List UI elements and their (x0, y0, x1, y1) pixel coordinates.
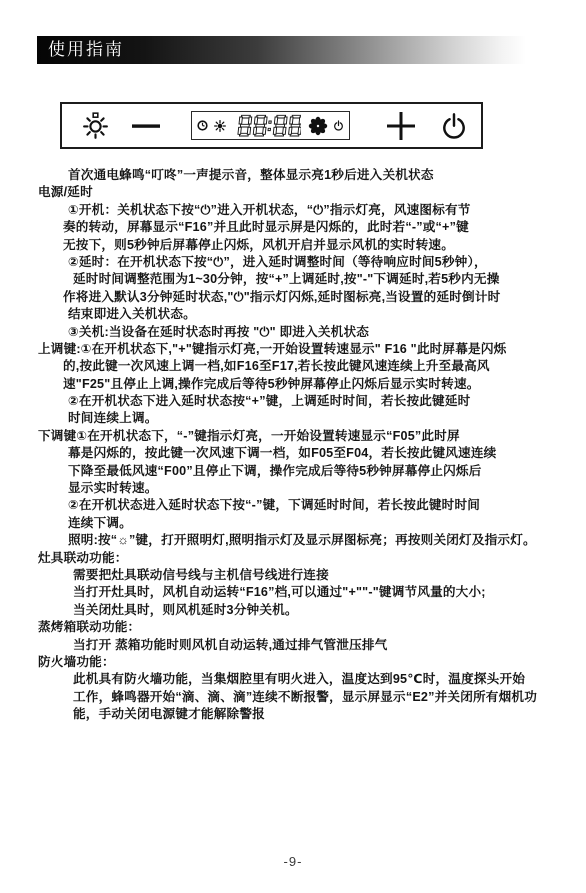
text-line: 幕是闪烁的，按此键一次风速下调一档，如F05至F04，若长按此键风速连续 (38, 445, 568, 462)
section-label-power-delay: 电源/延时 (38, 184, 568, 201)
text-line: 下降至最低风速“F00”且停止下调，操作完成后等待5秒钟屏幕停止闪烁后 (38, 463, 568, 480)
page-title: 使用指南 (37, 36, 526, 64)
text-line: 速"F25"且停止上调,操作完成后等待5秒钟屏幕停止闪烁后显示实时转速。 (38, 376, 568, 393)
text-line: ①开机：关机状态下按“⏻”进入开机状态，“⏻”指示灯亮，风速图标有节 (38, 202, 568, 219)
text-line-lighting: 照明:按“☼”键，打开照明灯,照明指示灯及显示屏图标亮；再按则关闭灯及指示灯。 (38, 532, 568, 549)
manual-text: 首次通电蜂鸣“叮咚”一声提示音，整体显示亮1秒后进入关机状态 电源/延时 ①开机… (38, 167, 568, 724)
text-line: 时间连续上调。 (38, 410, 568, 427)
text-line: 此机具有防火墙功能，当集烟腔里有明火进入，温度达到95℃时，温度探头开始 (38, 671, 568, 688)
text-line: 显示实时转速。 (38, 480, 568, 497)
manual-page: { "header": { "title": "使用指南" }, "panel"… (0, 0, 586, 893)
fan-icon (308, 116, 328, 136)
text-line: ②在开机状态下进入延时状态按“+”键，上调延时时间，若长按此键延时 (38, 393, 568, 410)
page-number: -9- (0, 854, 586, 869)
text-line: ②延时：在开机状态下按“⏻”，进入延时调整时间（等待响应时间5秒钟）， (38, 254, 568, 271)
text-line: 需要把灶具联动信号线与主机信号线进行连接 (38, 567, 568, 584)
power-button (440, 112, 468, 140)
minus-button (131, 122, 161, 130)
control-panel-illustration (60, 102, 483, 149)
light-indicator-icon (214, 120, 226, 132)
section-label-firewall: 防火墙功能： (38, 654, 568, 671)
text-line: 当关闭灶具时，则风机延时3分钟关机。 (38, 602, 568, 619)
section-label-up-key: 上调键:①在开机状态下,"+"键指示灯亮,一开始设置转速显示" F16 "此时屏… (38, 341, 568, 358)
text-line: 工作，蜂鸣器开始“滴、滴、滴”连续不断报警，显示屏显示“E2”并关闭所有烟机功 (38, 689, 568, 706)
text-line: 无按下，则5秒钟后屏幕停止闪烁，风机开启并显示风机的实时转速。 (38, 237, 568, 254)
header-bar: 使用指南 (37, 36, 526, 64)
text-line: ②在开机状态进入延时状态下按“-”键，下调延时时间，若长按此键时时间 (38, 497, 568, 514)
text-line: 当打开灶具时，风机自动运转“F16”档,可以通过"+""-"键调节风量的大小; (38, 584, 568, 601)
text-line: 首次通电蜂鸣“叮咚”一声提示音，整体显示亮1秒后进入关机状态 (38, 167, 568, 184)
text-line: 结束即进入关机状态。 (38, 306, 568, 323)
text-line: 作将进入默认3分钟延时状态,"⏻"指示灯闪烁,延时图标亮,当设置的延时倒计时 (38, 289, 568, 306)
display-panel (191, 111, 350, 140)
text-line: 延时时间调整范围为1~30分钟，按“+”上调延时,按"-"下调延时,若5秒内无操 (38, 271, 568, 288)
text-line: 的,按此键一次风速上调一档,如F16至F17,若长按此键风速连续上升至最高风 (38, 358, 568, 375)
minus-button-icon (131, 122, 161, 130)
light-button-icon (82, 112, 109, 139)
text-line: 奏的转动，屏幕显示“F16”并且此时显示屏是闪烁的，此时若“-”或“+”键 (38, 219, 568, 236)
power-button-icon (440, 112, 468, 140)
power-indicator-icon (333, 120, 344, 131)
light-button (82, 112, 109, 139)
plus-button-icon (386, 111, 416, 141)
seven-segment-display (233, 114, 301, 138)
clock-icon (197, 120, 208, 131)
text-line: 连续下调。 (38, 515, 568, 532)
plus-button (386, 111, 416, 141)
text-line: 能，手动关闭电源键才能解除警报 (38, 706, 568, 723)
section-label-steam-oven-linkage: 蒸烤箱联动功能： (38, 619, 568, 636)
text-line: 当打开 蒸箱功能时则风机自动运转,通过排气管泄压排气 (38, 637, 568, 654)
text-line: ③关机:当设备在延时状态时再按 "⏻" 即进入关机状态 (38, 324, 568, 341)
section-label-down-key: 下调键①在开机状态下，“-”键指示灯亮，一开始设置转速显示“F05”此时屏 (38, 428, 568, 445)
section-label-stove-linkage: 灶具联动功能： (38, 550, 568, 567)
